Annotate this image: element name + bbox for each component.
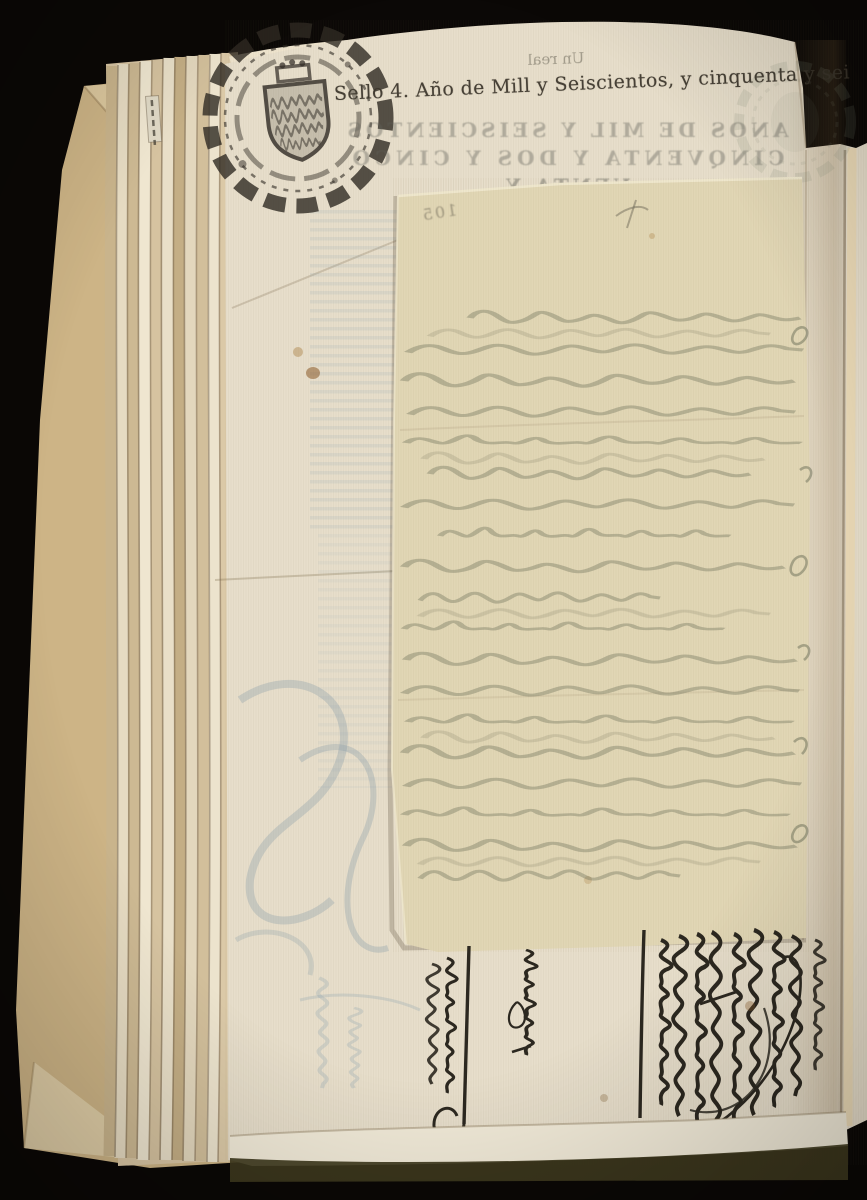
showthrough-caps-line: CINQVENTA Y DOS Y CINCO bbox=[334, 146, 798, 170]
marginal-accounts-handwriting bbox=[426, 930, 825, 1148]
page-crease bbox=[215, 571, 396, 580]
photo-background bbox=[0, 0, 867, 1200]
stains bbox=[293, 347, 766, 764]
page-edges-stack bbox=[106, 42, 372, 1166]
book-base-art bbox=[0, 0, 867, 1200]
seal-showthrough-icon bbox=[739, 66, 851, 178]
vignette bbox=[0, 0, 867, 1200]
printed-text-layer: Sello 4. Año de Mill y Seiscientos, y ci… bbox=[0, 0, 867, 1200]
pasted-paper-overlay bbox=[392, 178, 810, 952]
printed-revenue-line: Sello 4. Año de Mill y Seiscientos, y ci… bbox=[334, 63, 811, 105]
page-crease bbox=[232, 240, 398, 308]
folio-number: 105 bbox=[415, 200, 463, 226]
cross-invocation-mark-icon bbox=[616, 200, 648, 228]
showthrough-text-column bbox=[310, 206, 398, 532]
showthrough-flourishes bbox=[236, 684, 388, 975]
manuscript-page bbox=[215, 20, 867, 1165]
manuscript-photo: Sello 4. Año de Mill y Seiscientos, y ci… bbox=[0, 0, 867, 1200]
showthrough-small-text: Un real bbox=[492, 48, 621, 70]
overlay-and-marginalia-art bbox=[0, 0, 867, 1200]
vellum-cover bbox=[16, 70, 244, 1168]
bottom-page-edge bbox=[0, 1112, 867, 1200]
handwriting-showthrough bbox=[404, 311, 811, 880]
edge-label bbox=[145, 96, 161, 146]
showthrough-blue-marks bbox=[300, 978, 420, 1088]
seal-stamp-icon bbox=[201, 21, 394, 214]
showthrough-caps-line: ANOS DE MIL Y SEISCIENTOS bbox=[334, 118, 798, 142]
showthrough-caps-line: VENTA Y bbox=[334, 174, 798, 198]
